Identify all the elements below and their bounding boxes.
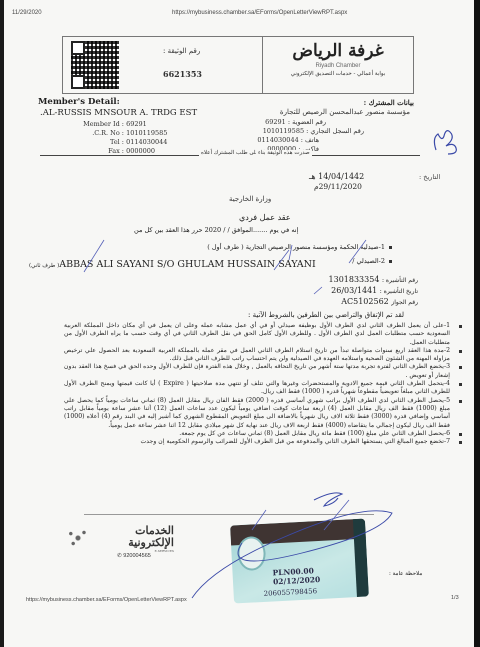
passport-row: رقم الجواز AC5102562 [341, 297, 418, 306]
clause-3: 3-يخضع الطرف الثاني لفترة تجربة مدتها ست… [64, 363, 462, 380]
visa-date-row: تاريخ التأشيرة : 26/03/1441 [331, 286, 418, 295]
ministry-name: وزارة الخارجية [229, 195, 271, 203]
member-id-row: Member Id : 69291 [64, 120, 147, 128]
document-number: 6621353 [163, 69, 202, 79]
scrollbar[interactable] [474, 0, 480, 647]
date-label: التاريخ : [419, 173, 440, 181]
print-header-url: https://mybusiness.chamber.sa/EForms/Ope… [172, 10, 347, 16]
party-one: 1-صيدلية الحكمة ومؤسسة منصور الرصيص التج… [207, 243, 392, 251]
cr-number-row: .C.R. No : 1010119585 [64, 129, 167, 137]
print-date: 11/29/2020 [12, 10, 42, 16]
agreement-statement: لقد تم الإتفاق والتراضي بين الطرفين بالش… [248, 311, 404, 319]
member-details-title-ar: بيانات المشترك : [364, 98, 414, 107]
authentication-stamp: PLN00.00 02/12/2020 206055798456 [230, 519, 369, 604]
stamp-date: PLN00.00 02/12/2020 [272, 563, 368, 586]
eservices-dots-icon [66, 527, 90, 549]
member-name-ar: مؤسسة منصور عبدالمحسن الرصيص للتجارة [280, 108, 410, 116]
contract-intro: إنه في يوم .......الموافق / / 2020 حرر ه… [134, 226, 298, 234]
riyadh-chamber-logo-box: غرفة الرياض Riyadh Chamber بوابة أعمالي … [262, 36, 414, 94]
general-note-label: ملاحظة عامة : [389, 571, 422, 577]
party-two-name-line: (طرف ثاني )ABBAS ALI SAYANI S/O GHULAM H… [29, 259, 316, 270]
visa-number-row: رقم التأشيرة : 1301833354 [329, 275, 418, 284]
gregorian-date: 29/11/2020م [314, 182, 362, 191]
party-two-prefix: 2-الصيدلي / [352, 257, 392, 265]
bullet-icon [389, 246, 392, 249]
clause-4: 4-يتحمل الطرف الثاني قيمة جميع الادوية و… [64, 380, 462, 397]
chamber-logo-english: Riyadh Chamber [263, 63, 413, 69]
bottom-divider [84, 514, 374, 515]
phone-icon: ✆ [117, 553, 122, 559]
eservices-logo: الخدمات الإلكترونية E-SERVICES ✆ 9200045… [94, 525, 174, 559]
clause-2: 2-مدة هذا العقد اربع سنوات متواصلة تبدأ … [64, 347, 462, 364]
stamp-serial: 206055798456 [263, 587, 317, 598]
bullet-icon [459, 366, 462, 369]
member-name-en: .AL-RUSSIS MNSOUR A. TRDG EST [40, 108, 197, 118]
page-number: 1/3 [451, 595, 459, 601]
bullet-icon [459, 441, 462, 444]
member-details-title: Member's Detail: [38, 97, 120, 107]
issued-note-right: صدرت هذه الوثيقة بناء [256, 150, 312, 156]
tel-row: Tel : 0114030044 [64, 138, 167, 146]
hijri-date: 14/04/1442 هـ [309, 172, 364, 181]
bullet-icon [389, 260, 392, 263]
eservices-phone: ✆ 920004565 [94, 553, 174, 559]
clause-1: 1-على أن يعمل الطرف الثاني لدي الطرف الأ… [64, 322, 462, 347]
chamber-portal-subtitle: بوابة أعمالي - خدمات التصديق الإلكتروني [263, 71, 413, 77]
cr-number-row-ar: رقم السجل التجاري : 1010119585 [263, 127, 364, 135]
print-footer-url: https://mybusiness.chamber.sa/EForms/Ope… [26, 597, 187, 603]
member-id-row-ar: رقم العضوية : 69291 [265, 118, 326, 126]
bullet-icon [459, 325, 462, 328]
bullet-icon [459, 400, 462, 403]
document-number-box: رقم الوثيقة : 6621353 [62, 36, 263, 94]
qr-code-icon [71, 41, 119, 89]
clause-6: 6-يحصل الطرف الثاني علي مبلغ (100) فقط م… [64, 430, 462, 438]
contract-title: عقد عمل فردي [239, 213, 291, 222]
clause-7: 7-تخضع جميع المبالغ التي يستحقها الطرف ا… [64, 438, 462, 446]
chamber-logo-arabic: غرفة الرياض [263, 41, 413, 61]
bullet-icon [459, 433, 462, 436]
document-page: 11/29/2020 https://mybusiness.chamber.sa… [4, 0, 474, 647]
tel-row-ar: هاتف : 0114030044 [257, 136, 319, 144]
bullet-icon [459, 383, 462, 386]
contract-clauses: 1-على أن يعمل الطرف الثاني لدي الطرف الأ… [64, 322, 462, 446]
fax-row: Fax : 0000000 [64, 147, 155, 155]
bullet-icon [459, 350, 462, 353]
document-number-label: رقم الوثيقة : [163, 47, 200, 55]
party-two-name: ABBAS ALI SAYANI S/O GHULAM HUSSAIN SAYA… [59, 259, 315, 270]
clause-5: 5-يحصل الطرف الثاني لدي الطرف الأول برات… [64, 397, 462, 430]
